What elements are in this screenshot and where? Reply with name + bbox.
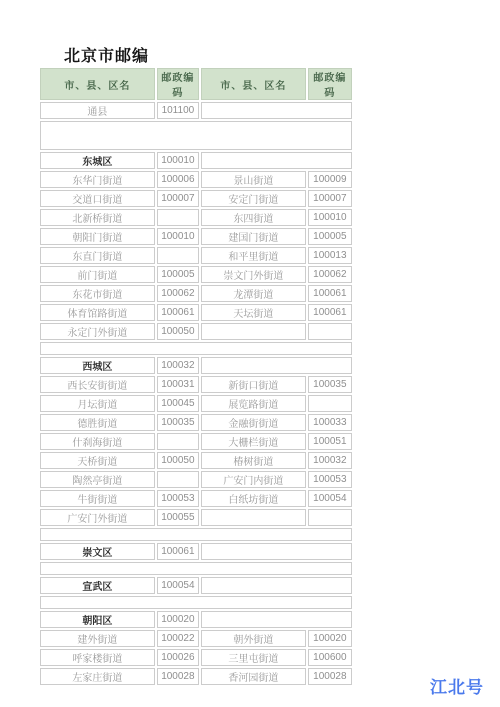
postal-code-cell — [157, 433, 199, 450]
postal-code-table: 市、县、区名邮政编码市、县、区名邮政编码 通县101100东城区100010东华… — [38, 66, 354, 687]
street-name-cell: 香河园街道 — [201, 668, 306, 685]
postal-code-cell — [157, 471, 199, 488]
street-row: 前门街道100005崇文门外街道100062 — [40, 266, 352, 283]
street-row: 牛街街道100053白纸坊街道100054 — [40, 490, 352, 507]
street-name-cell: 德胜街道 — [40, 414, 155, 431]
postal-code-cell: 100050 — [157, 323, 199, 340]
watermark: 江北号 — [430, 673, 484, 698]
postal-code-cell: 100032 — [308, 452, 352, 469]
street-name-cell: 陶然亭街道 — [40, 471, 155, 488]
street-name-cell: 东花市街道 — [40, 285, 155, 302]
header-cell-postal-code: 邮政编码 — [308, 68, 352, 100]
spacer-cell — [40, 562, 352, 575]
district-name-cell: 崇文区 — [40, 543, 155, 560]
merged-empty-cell — [201, 577, 352, 594]
spacer-row — [40, 342, 352, 355]
table-header: 市、县、区名邮政编码市、县、区名邮政编码 — [40, 68, 352, 100]
street-row: 广安门外街道100055 — [40, 509, 352, 526]
postal-code-cell: 100045 — [157, 395, 199, 412]
street-name-cell: 龙潭街道 — [201, 285, 306, 302]
postal-code-cell: 100028 — [157, 668, 199, 685]
postal-code-cell: 100035 — [308, 376, 352, 393]
postal-code-cell: 100061 — [157, 304, 199, 321]
street-name-cell: 牛街街道 — [40, 490, 155, 507]
header-cell-postal-code: 邮政编码 — [157, 68, 199, 100]
street-row: 朝阳门街道100010建国门街道100005 — [40, 228, 352, 245]
street-name-cell: 朝外街道 — [201, 630, 306, 647]
street-row: 东直门街道和平里街道100013 — [40, 247, 352, 264]
street-name-cell: 北新桥街道 — [40, 209, 155, 226]
postal-code-cell: 100010 — [157, 228, 199, 245]
street-row: 体育馆路街道100061天坛街道100061 — [40, 304, 352, 321]
merged-empty-cell — [201, 357, 352, 374]
street-name-cell: 建外街道 — [40, 630, 155, 647]
postal-code-cell: 100022 — [157, 630, 199, 647]
street-name-cell: 广安门内街道 — [201, 471, 306, 488]
street-row: 永定门外街道100050 — [40, 323, 352, 340]
street-row: 东花市街道100062龙潭街道100061 — [40, 285, 352, 302]
postal-code-cell: 100007 — [157, 190, 199, 207]
district-name-cell: 东城区 — [40, 152, 155, 169]
street-name-cell: 永定门外街道 — [40, 323, 155, 340]
street-name-cell: 椿树街道 — [201, 452, 306, 469]
street-name-cell: 崇文门外街道 — [201, 266, 306, 283]
street-name-cell: 展览路街道 — [201, 395, 306, 412]
postal-code-cell: 100062 — [157, 285, 199, 302]
street-name-cell: 西长安街街道 — [40, 376, 155, 393]
county-name-cell: 通县 — [40, 102, 155, 119]
district-row: 朝阳区100020 — [40, 611, 352, 628]
postal-code-cell: 100031 — [157, 376, 199, 393]
postal-code-cell — [157, 209, 199, 226]
postal-code-cell — [308, 323, 352, 340]
spacer-cell — [40, 342, 352, 355]
spacer-row — [40, 121, 352, 150]
postal-code-cell: 100054 — [308, 490, 352, 507]
postal-code-cell: 100061 — [308, 304, 352, 321]
street-name-cell: 金融街街道 — [201, 414, 306, 431]
district-code-cell: 100020 — [157, 611, 199, 628]
postal-code-cell — [308, 395, 352, 412]
district-name-cell: 朝阳区 — [40, 611, 155, 628]
district-row: 西城区100032 — [40, 357, 352, 374]
postal-code-cell: 100062 — [308, 266, 352, 283]
header-cell-district-name: 市、县、区名 — [201, 68, 306, 100]
spacer-cell — [40, 596, 352, 609]
postal-code-cell: 100006 — [157, 171, 199, 188]
spacer-row — [40, 528, 352, 541]
merged-empty-cell — [201, 152, 352, 169]
postal-code-cell: 100009 — [308, 171, 352, 188]
postal-code-cell: 100600 — [308, 649, 352, 666]
street-row: 东华门街道100006景山街道100009 — [40, 171, 352, 188]
street-name-cell — [201, 509, 306, 526]
spacer-row — [40, 562, 352, 575]
street-row: 左家庄街道100028香河园街道100028 — [40, 668, 352, 685]
street-name-cell: 天坛街道 — [201, 304, 306, 321]
street-name-cell: 东华门街道 — [40, 171, 155, 188]
spacer-cell — [40, 121, 352, 150]
postal-code-cell: 100020 — [308, 630, 352, 647]
merged-empty-cell — [201, 102, 352, 119]
street-row: 天桥街道100050椿树街道100032 — [40, 452, 352, 469]
postal-code-cell: 100005 — [308, 228, 352, 245]
street-name-cell: 三里屯街道 — [201, 649, 306, 666]
street-name-cell: 前门街道 — [40, 266, 155, 283]
district-name-cell: 西城区 — [40, 357, 155, 374]
district-code-cell: 100010 — [157, 152, 199, 169]
street-name-cell: 交道口街道 — [40, 190, 155, 207]
street-name-cell: 什刹海街道 — [40, 433, 155, 450]
district-row: 崇文区100061 — [40, 543, 352, 560]
street-row: 月坛街道100045展览路街道 — [40, 395, 352, 412]
page-title: 北京市邮编 — [64, 43, 149, 66]
postal-code-cell: 100007 — [308, 190, 352, 207]
street-name-cell: 白纸坊街道 — [201, 490, 306, 507]
district-code-cell: 100054 — [157, 577, 199, 594]
street-name-cell: 新街口街道 — [201, 376, 306, 393]
district-code-cell: 100061 — [157, 543, 199, 560]
street-name-cell: 天桥街道 — [40, 452, 155, 469]
street-name-cell: 建国门街道 — [201, 228, 306, 245]
postal-code-cell: 100005 — [157, 266, 199, 283]
street-row: 什刹海街道大栅栏街道100051 — [40, 433, 352, 450]
county-row: 通县101100 — [40, 102, 352, 119]
street-name-cell: 体育馆路街道 — [40, 304, 155, 321]
spacer-cell — [40, 528, 352, 541]
postal-code-cell: 100035 — [157, 414, 199, 431]
street-row: 西长安街街道100031新街口街道100035 — [40, 376, 352, 393]
district-name-cell: 宣武区 — [40, 577, 155, 594]
street-row: 陶然亭街道广安门内街道100053 — [40, 471, 352, 488]
street-name-cell: 月坛街道 — [40, 395, 155, 412]
district-code-cell: 100032 — [157, 357, 199, 374]
district-row: 宣武区100054 — [40, 577, 352, 594]
header-cell-district-name: 市、县、区名 — [40, 68, 155, 100]
spacer-row — [40, 596, 352, 609]
street-name-cell — [201, 323, 306, 340]
street-name-cell: 左家庄街道 — [40, 668, 155, 685]
postal-code-cell: 100033 — [308, 414, 352, 431]
district-code-cell: 101100 — [157, 102, 199, 119]
street-name-cell: 和平里街道 — [201, 247, 306, 264]
table-body: 通县101100东城区100010东华门街道100006景山街道100009交道… — [40, 102, 352, 685]
street-name-cell: 东直门街道 — [40, 247, 155, 264]
street-name-cell: 东四街道 — [201, 209, 306, 226]
postal-code-cell: 100053 — [308, 471, 352, 488]
street-row: 交道口街道100007安定门街道100007 — [40, 190, 352, 207]
postal-code-cell: 100013 — [308, 247, 352, 264]
merged-empty-cell — [201, 611, 352, 628]
street-name-cell: 安定门街道 — [201, 190, 306, 207]
street-row: 北新桥街道东四街道100010 — [40, 209, 352, 226]
table-header-row: 市、县、区名邮政编码市、县、区名邮政编码 — [40, 68, 352, 100]
postal-code-cell: 100055 — [157, 509, 199, 526]
postal-code-cell: 100026 — [157, 649, 199, 666]
merged-empty-cell — [201, 543, 352, 560]
postal-code-cell: 100050 — [157, 452, 199, 469]
district-row: 东城区100010 — [40, 152, 352, 169]
street-name-cell: 大栅栏街道 — [201, 433, 306, 450]
postal-code-cell: 100061 — [308, 285, 352, 302]
street-name-cell: 朝阳门街道 — [40, 228, 155, 245]
postal-code-cell — [157, 247, 199, 264]
postal-code-cell: 100051 — [308, 433, 352, 450]
postal-code-cell: 100028 — [308, 668, 352, 685]
postal-code-cell: 100053 — [157, 490, 199, 507]
street-row: 呼家楼街道100026三里屯街道100600 — [40, 649, 352, 666]
street-name-cell: 景山街道 — [201, 171, 306, 188]
postal-code-cell — [308, 509, 352, 526]
street-name-cell: 广安门外街道 — [40, 509, 155, 526]
street-name-cell: 呼家楼街道 — [40, 649, 155, 666]
street-row: 德胜街道100035金融街街道100033 — [40, 414, 352, 431]
postal-code-cell: 100010 — [308, 209, 352, 226]
street-row: 建外街道100022朝外街道100020 — [40, 630, 352, 647]
